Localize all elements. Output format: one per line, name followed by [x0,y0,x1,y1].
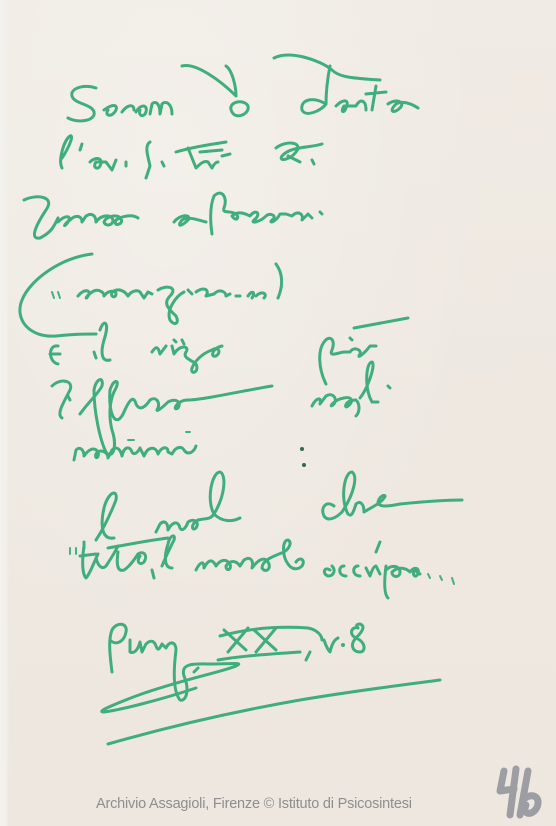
credit-text: Archivio Assagioli, Firenze © Istituto d… [96,796,412,812]
stroke-tutto-mondo-occupa [80,536,454,598]
stroke-il-mal-che [70,472,462,554]
handwritten-manuscript: Secondo Dante l'avidità di denaro e poss… [0,0,556,760]
stroke-avarizia [20,254,282,336]
stroke-denaro-possessi [24,193,322,238]
stroke-secondo-dante [68,55,418,121]
handwriting-strokes [0,0,556,760]
stroke-avidita [61,136,322,178]
stroke-uomini [74,432,306,467]
stroke-citation [102,624,440,744]
stroke-diffuso-negli [52,362,390,455]
stroke-vizio-piu [50,318,408,384]
istituto-psicosintesi-logo-icon [494,765,544,820]
